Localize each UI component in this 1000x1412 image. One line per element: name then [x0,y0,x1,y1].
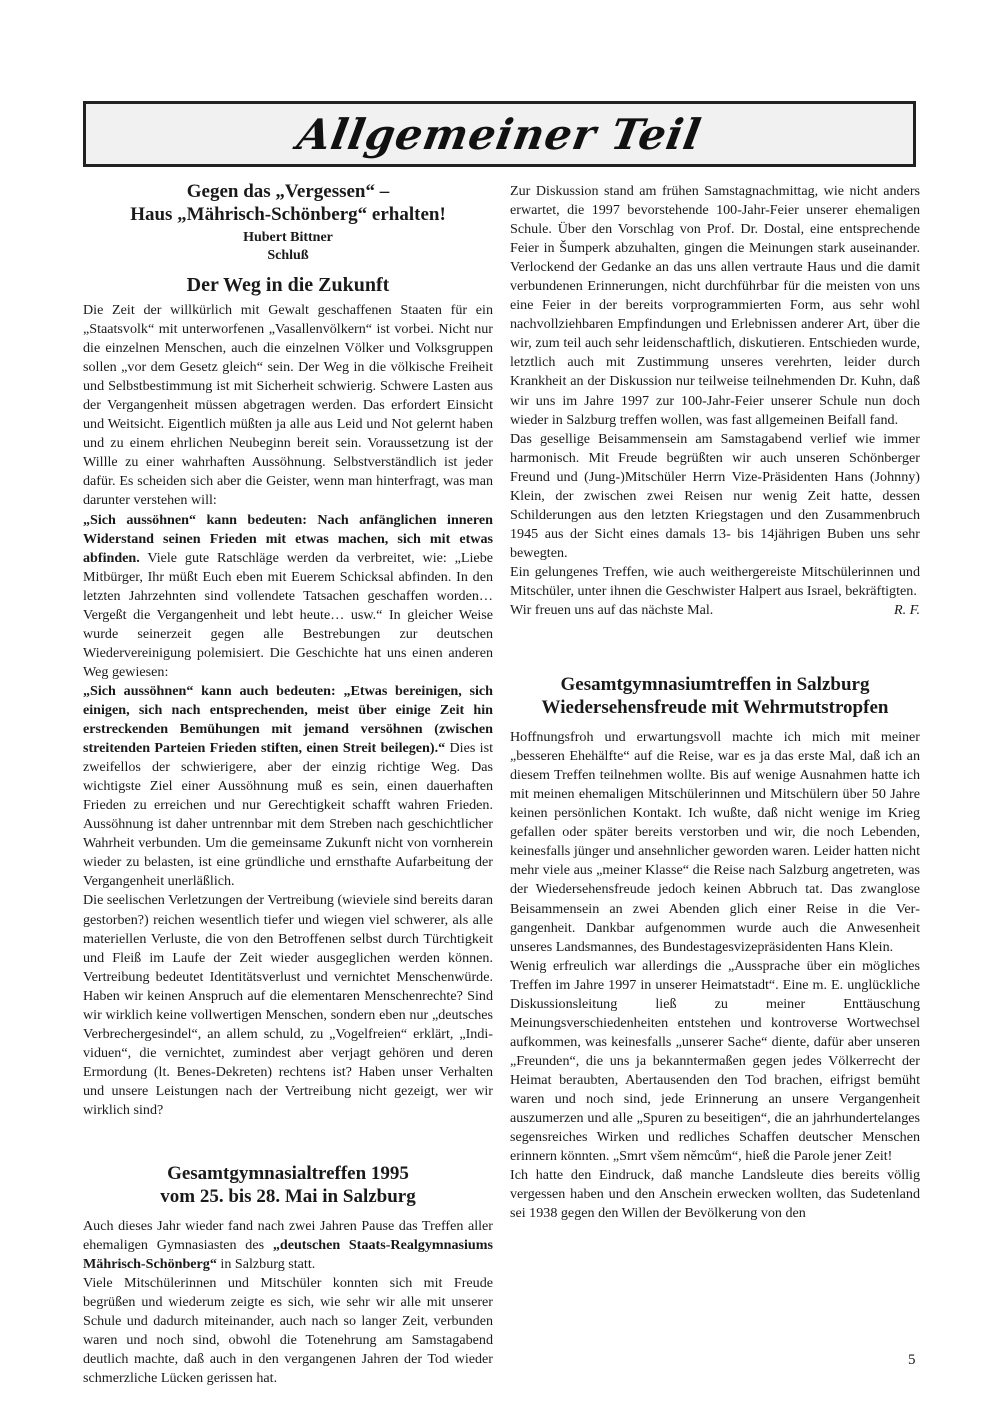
section-banner: Allgemeiner Teil [83,101,916,167]
paragraph-text: Viele gute Ratschläge werden da verbreit… [83,550,493,680]
article-gesamtgymnasiumtreffen-salzburg: Gesamtgymnasiumtreffen in Salzburg Wiede… [510,673,920,1223]
paragraph: Ich hatte den Eindruck, daß manche Lands… [510,1166,920,1223]
closing-text: Wir freuen uns auf das nächste Mal. [510,601,713,620]
article-title: Gesamtgymnasiumtreffen in Salzburg Wiede… [510,673,920,719]
paragraph: Die Zeit der willkürlich mit Gewalt gesc… [83,301,493,511]
article-gesamtgymnasialtreffen-1995: Gesamtgymnasialtreffen 1995 vom 25. bis … [83,1162,493,1388]
article-gegen-das-vergessen: Gegen das „Vergessen“ – Haus „Mährisch-S… [83,180,493,1120]
paragraph: Viele Mitschülerinnen und Mitschüler kon… [83,1274,493,1388]
paragraph-text: in Salzburg statt. [217,1256,315,1272]
article-title-line1: Gesamtgymnasialtreffen 1995 [167,1163,409,1184]
article-title-line2: Haus „Mährisch-Schönberg“ erhalten! [83,203,493,226]
paragraph: „Sich aussöhnen“ kann bedeuten: Nach anf… [83,511,493,682]
article-title-line1: Gesamtgymnasiumtreffen in Salzburg [561,674,870,695]
paragraph: Wenig erfreulich war allerdings die „Aus… [510,957,920,1167]
paragraph: Auch dieses Jahr wieder fand nach zwei J… [83,1217,493,1274]
section-title: Allgemeiner Teil [294,110,705,159]
article-title: Gesamtgymnasialtreffen 1995 vom 25. bis … [83,1162,493,1208]
article-part-label: Schluß [83,247,493,265]
paragraph: Ein gelungenes Treffen, wie auch weither… [510,563,920,601]
article-subtitle: Der Weg in die Zukunft [83,273,493,297]
bold-definition: „Sich aussöhnen“ kann auch bedeuten: „Et… [83,683,493,756]
paragraph-text: Dies ist zweifellos der schwierigere, ab… [83,740,493,889]
paragraph: Zur Diskussion stand am frühen Samstagna… [510,182,920,430]
paragraph: „Sich aussöhnen“ kann auch bedeuten: „Et… [83,682,493,892]
left-column: Gegen das „Vergessen“ – Haus „Mährisch-S… [83,180,493,1388]
closing-line: Wir freuen uns auf das nächste Mal. R. F… [510,601,920,620]
paragraph: Das gesellige Beisammensein am Samstagab… [510,430,920,563]
paragraph: Die seelischen Verletzungen der Vertreib… [83,891,493,1120]
author-signature: R. F. [894,601,920,620]
page-number: 5 [908,1352,916,1369]
article-author: Hubert Bittner [83,229,493,247]
paragraph: Hoffnungsfroh und erwartungsvoll machte … [510,728,920,957]
article-title-line1: Gegen das „Vergessen“ – [83,180,493,203]
article-title-line2: vom 25. bis 28. Mai in Salzburg [160,1186,415,1207]
right-column: Zur Diskussion stand am frühen Samstagna… [510,182,920,1223]
article-title-line2: Wiedersehensfreude mit Wehrmutstropfen [542,697,889,718]
